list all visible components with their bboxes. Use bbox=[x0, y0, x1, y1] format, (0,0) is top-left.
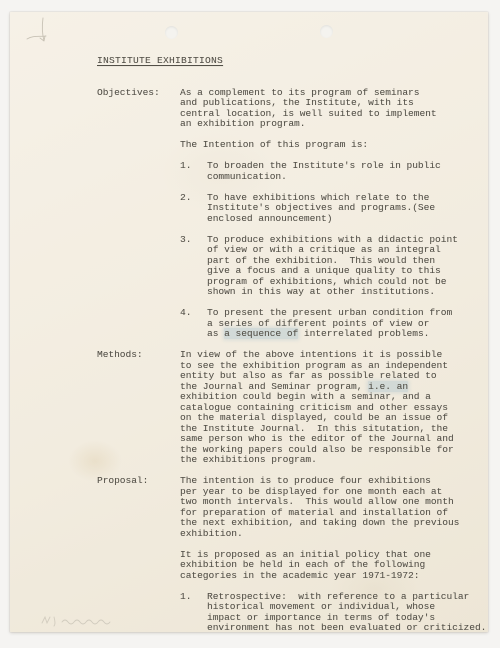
item-text: To produce exhibitions with a didactic p… bbox=[207, 235, 458, 298]
hole-punch-right bbox=[320, 25, 333, 38]
section-label: Methods: bbox=[97, 350, 180, 361]
item-text: To present the present urban condition f… bbox=[207, 308, 452, 340]
paragraph: It is proposed as an initial policy that… bbox=[180, 550, 486, 582]
numbered-item: 1. To broaden the Institute's role in pu… bbox=[180, 161, 458, 182]
item-number: 1. bbox=[180, 592, 207, 634]
paper-sheet: INSTITUTE EXHIBITIONS Objectives: As a c… bbox=[10, 12, 488, 632]
section-label: Proposal: bbox=[97, 476, 180, 487]
pencil-mark bbox=[23, 15, 75, 49]
typewritten-text: INSTITUTE EXHIBITIONS Objectives: As a c… bbox=[97, 56, 477, 644]
section-content: In view of the above intentions it is po… bbox=[180, 350, 454, 476]
section-label: Objectives: bbox=[97, 88, 180, 99]
item-number: 4. bbox=[180, 308, 207, 340]
item-number: 1. bbox=[180, 161, 207, 182]
item-text: To have exhibitions which relate to the … bbox=[207, 193, 435, 225]
document-title: INSTITUTE EXHIBITIONS bbox=[97, 56, 223, 67]
correction-highlight: i.e. an bbox=[368, 381, 408, 392]
item-text: Retrospective: with reference to a parti… bbox=[207, 592, 486, 634]
section-objectives: Objectives: As a complement to its progr… bbox=[97, 88, 477, 351]
paragraph: The intention is to produce four exhibit… bbox=[180, 476, 486, 539]
item-text: To broaden the Institute's role in publi… bbox=[207, 161, 441, 182]
item-number: 3. bbox=[180, 235, 207, 298]
paragraph: In view of the above intentions it is po… bbox=[180, 350, 454, 466]
section-proposal: Proposal: The intention is to produce fo… bbox=[97, 476, 477, 644]
numbered-item: 1. Retrospective: with reference to a pa… bbox=[180, 592, 486, 634]
numbered-item: 3. To produce exhibitions with a didacti… bbox=[180, 235, 458, 298]
section-content: As a complement to its program of semina… bbox=[180, 88, 458, 351]
numbered-item: 4. To present the present urban conditio… bbox=[180, 308, 458, 340]
paragraph: As a complement to its program of semina… bbox=[180, 88, 458, 130]
section-content: The intention is to produce four exhibit… bbox=[180, 476, 486, 644]
scanned-page: INSTITUTE EXHIBITIONS Objectives: As a c… bbox=[0, 0, 500, 648]
hole-punch-left bbox=[165, 26, 178, 39]
item-number: 2. bbox=[180, 193, 207, 225]
correction-highlight: a sequence of bbox=[224, 328, 298, 339]
section-methods: Methods: In view of the above intentions… bbox=[97, 350, 477, 476]
paragraph: The Intention of this program is: bbox=[180, 140, 458, 151]
numbered-item: 2. To have exhibitions which relate to t… bbox=[180, 193, 458, 225]
